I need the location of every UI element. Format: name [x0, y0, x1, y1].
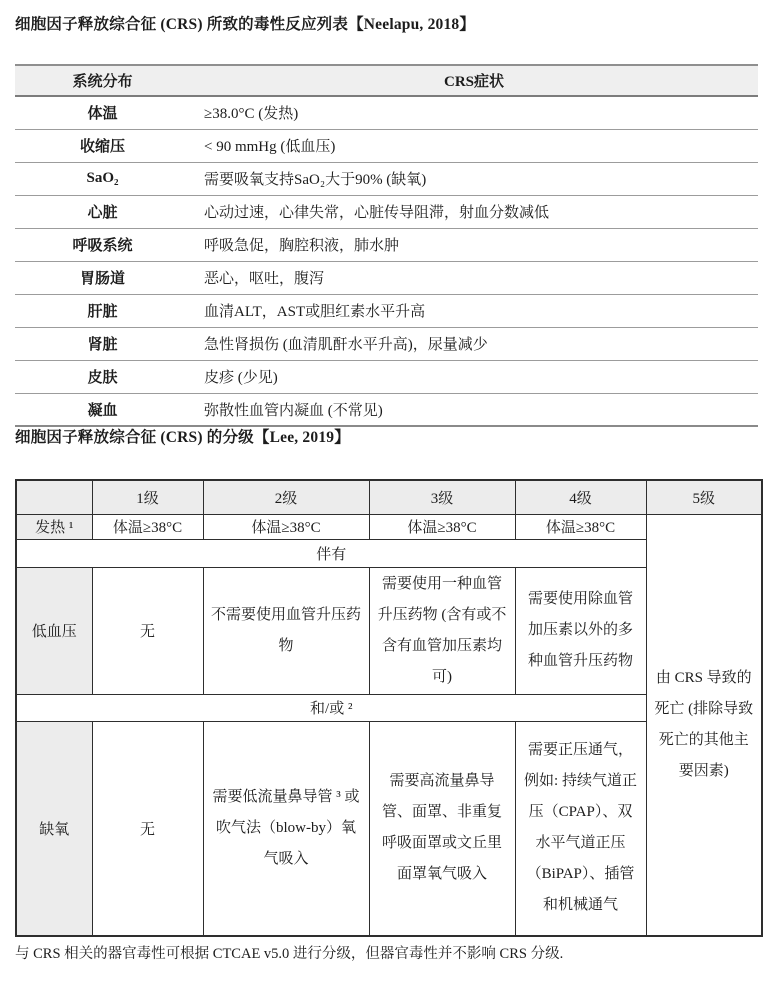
hypoxia-grade3-cell: 需要高流量鼻导管、面罩、非重复呼吸面罩或文丘里面罩氧气吸入: [369, 721, 515, 936]
grade-header-4: 4级: [515, 480, 646, 514]
toxicity-table-title: 细胞因子释放综合征 (CRS) 所致的毒性反应列表【Neelapu, 2018】: [15, 14, 764, 36]
hypoxia-grade4-cell: 需要正压通气，例如: 持续气道正压（CPAP）、双水平气道正压（BiPAP）、插…: [515, 721, 646, 936]
system-cell: 呼吸系统: [15, 228, 190, 261]
hypotension-grade2-cell: 不需要使用血管升压药物: [203, 567, 369, 694]
system-cell: 肝脏: [15, 294, 190, 327]
toxicity-table: 系统分布 CRS症状 体温 ≥38.0°C (发热) 收缩压 < 90 mmHg…: [15, 64, 758, 427]
grade-header-2: 2级: [203, 480, 369, 514]
grade-header-5: 5级: [646, 480, 762, 514]
fever-label: 发热 ¹: [16, 514, 92, 539]
system-cell: 皮肤: [15, 360, 190, 393]
hypoxia-label: 缺氧: [16, 721, 92, 936]
column-header-symptom: CRS症状: [190, 65, 758, 96]
hypotension-label: 低血压: [16, 567, 92, 694]
grade-header-3: 3级: [369, 480, 515, 514]
symptom-cell: 呼吸急促，胸腔积液，肺水肿: [190, 228, 758, 261]
hypotension-grade1-cell: 无: [92, 567, 203, 694]
system-cell: 心脏: [15, 195, 190, 228]
hypotension-grade3-cell: 需要使用一种血管升压药物 (含有或不含有血管加压素均可): [369, 567, 515, 694]
ctcae-footnote: 与 CRS 相关的器官毒性可根据 CTCAE v5.0 进行分级，但器官毒性并不…: [15, 944, 764, 964]
andor-label: 和/或 ²: [16, 694, 646, 721]
grading-header-row: 1级 2级 3级 4级 5级: [16, 480, 762, 514]
hypoxia-grade2-cell: 需要低流量鼻导管 ³ 或吹气法（blow-by）氧气吸入: [203, 721, 369, 936]
system-cell: 肾脏: [15, 327, 190, 360]
symptom-cell: 血清ALT，AST或胆红素水平升高: [190, 294, 758, 327]
grade-header-1: 1级: [92, 480, 203, 514]
fever-row: 发热 ¹ 体温≥38°C 体温≥38°C 体温≥38°C 体温≥38°C 由 C…: [16, 514, 762, 539]
system-cell: 体温: [15, 96, 190, 129]
table-row: 呼吸系统 呼吸急促，胸腔积液，肺水肿: [15, 228, 758, 261]
fever-grade3-cell: 体温≥38°C: [369, 514, 515, 539]
grade-header-empty: [16, 480, 92, 514]
grading-table-title: 细胞因子释放综合征 (CRS) 的分级【Lee, 2019】: [15, 427, 764, 449]
grading-table: 1级 2级 3级 4级 5级 发热 ¹ 体温≥38°C 体温≥38°C 体温≥3…: [15, 479, 763, 937]
column-header-system: 系统分布: [15, 65, 190, 96]
symptom-cell: 心动过速，心律失常，心脏传导阻滞，射血分数减低: [190, 195, 758, 228]
hypoxia-grade1-cell: 无: [92, 721, 203, 936]
symptom-cell: < 90 mmHg (低血压): [190, 129, 758, 162]
system-cell: 凝血: [15, 393, 190, 426]
symptom-cell: 皮疹 (少见): [190, 360, 758, 393]
table-row: 凝血 弥散性血管内凝血 (不常见): [15, 393, 758, 426]
system-cell: SaO₂: [15, 162, 190, 195]
toxicity-header-row: 系统分布 CRS症状: [15, 65, 758, 96]
symptom-cell: 需要吸氧支持SaO₂大于90% (缺氧): [190, 162, 758, 195]
document-page: 细胞因子释放综合征 (CRS) 所致的毒性反应列表【Neelapu, 2018】…: [0, 0, 780, 964]
hypotension-grade4-cell: 需要使用除血管加压素以外的多种血管升压药物: [515, 567, 646, 694]
table-row: 肝脏 血清ALT，AST或胆红素水平升高: [15, 294, 758, 327]
table-row: SaO₂ 需要吸氧支持SaO₂大于90% (缺氧): [15, 162, 758, 195]
table-row: 体温 ≥38.0°C (发热): [15, 96, 758, 129]
table-row: 收缩压 < 90 mmHg (低血压): [15, 129, 758, 162]
symptom-cell: 弥散性血管内凝血 (不常见): [190, 393, 758, 426]
table-row: 肾脏 急性肾损伤 (血清肌酐水平升高)，尿量减少: [15, 327, 758, 360]
symptom-cell: ≥38.0°C (发热): [190, 96, 758, 129]
grade5-cell: 由 CRS 导致的死亡 (排除导致死亡的其他主要因素): [646, 514, 762, 936]
table-row: 心脏 心动过速，心律失常，心脏传导阻滞，射血分数减低: [15, 195, 758, 228]
fever-grade2-cell: 体温≥38°C: [203, 514, 369, 539]
fever-grade4-cell: 体温≥38°C: [515, 514, 646, 539]
system-cell: 胃肠道: [15, 261, 190, 294]
with-label: 伴有: [16, 539, 646, 567]
table-row: 皮肤 皮疹 (少见): [15, 360, 758, 393]
system-cell: 收缩压: [15, 129, 190, 162]
symptom-cell: 恶心，呕吐，腹泻: [190, 261, 758, 294]
fever-grade1-cell: 体温≥38°C: [92, 514, 203, 539]
symptom-cell: 急性肾损伤 (血清肌酐水平升高)，尿量减少: [190, 327, 758, 360]
table-row: 胃肠道 恶心，呕吐，腹泻: [15, 261, 758, 294]
